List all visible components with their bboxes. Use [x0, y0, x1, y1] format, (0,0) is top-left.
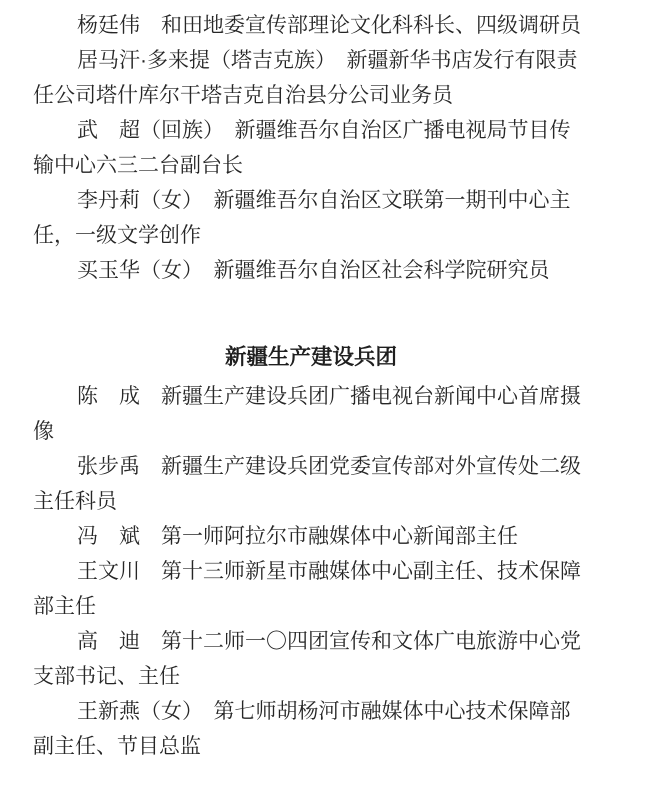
- entry-line: 杨廷伟 和田地委宣传部理论文化科科长、四级调研员: [33, 8, 636, 43]
- entry-paragraph: 冯 斌 第一师阿拉尔市融媒体中心新闻部主任: [33, 519, 636, 554]
- document-page: 杨廷伟 和田地委宣传部理论文化科科长、四级调研员 居马汗·多来提（塔吉克族） 新…: [0, 0, 654, 811]
- entry-paragraph: 居马汗·多来提（塔吉克族） 新疆新华书店发行有限责 任公司塔什库尔干塔吉克自治县…: [33, 43, 636, 113]
- section-heading: 新疆生产建设兵团: [33, 340, 589, 375]
- entry-line: 张步禹 新疆生产建设兵团党委宣传部对外宣传处二级: [33, 449, 636, 484]
- entry-line: 部主任: [33, 589, 636, 624]
- entry-paragraph: 买玉华（女） 新疆维吾尔自治区社会科学院研究员: [33, 253, 636, 288]
- entry-paragraph: 王文川 第十三师新星市融媒体中心副主任、技术保障 部主任: [33, 554, 636, 624]
- entry-line: 任，一级文学创作: [33, 218, 636, 253]
- entry-line: 像: [33, 414, 636, 449]
- entry-paragraph: 张步禹 新疆生产建设兵团党委宣传部对外宣传处二级 主任科员: [33, 449, 636, 519]
- entry-paragraph: 陈 成 新疆生产建设兵团广播电视台新闻中心首席摄 像: [33, 379, 636, 449]
- entry-paragraph: 李丹莉（女） 新疆维吾尔自治区文联第一期刊中心主 任，一级文学创作: [33, 183, 636, 253]
- entry-paragraph: 杨廷伟 和田地委宣传部理论文化科科长、四级调研员: [33, 8, 636, 43]
- entry-line: 武 超（回族） 新疆维吾尔自治区广播电视局节目传: [33, 113, 636, 148]
- entry-line: 李丹莉（女） 新疆维吾尔自治区文联第一期刊中心主: [33, 183, 636, 218]
- entry-line: 陈 成 新疆生产建设兵团广播电视台新闻中心首席摄: [33, 379, 636, 414]
- entry-line: 高 迪 第十二师一〇四团宣传和文体广电旅游中心党: [33, 624, 636, 659]
- entry-line: 主任科员: [33, 484, 636, 519]
- entry-line: 冯 斌 第一师阿拉尔市融媒体中心新闻部主任: [33, 519, 636, 554]
- entry-line: 王新燕（女） 第七师胡杨河市融媒体中心技术保障部: [33, 694, 636, 729]
- entry-line: 居马汗·多来提（塔吉克族） 新疆新华书店发行有限责: [33, 43, 636, 78]
- entry-paragraph: 高 迪 第十二师一〇四团宣传和文体广电旅游中心党 支部书记、主任: [33, 624, 636, 694]
- entry-paragraph: 武 超（回族） 新疆维吾尔自治区广播电视局节目传 输中心六三二台副台长: [33, 113, 636, 183]
- entry-line: 输中心六三二台副台长: [33, 148, 636, 183]
- entry-line: 王文川 第十三师新星市融媒体中心副主任、技术保障: [33, 554, 636, 589]
- entry-line: 支部书记、主任: [33, 659, 636, 694]
- entry-line: 副主任、节目总监: [33, 729, 636, 764]
- entry-line: 任公司塔什库尔干塔吉克自治县分公司业务员: [33, 78, 636, 113]
- entry-paragraph: 王新燕（女） 第七师胡杨河市融媒体中心技术保障部 副主任、节目总监: [33, 694, 636, 764]
- entry-line: 买玉华（女） 新疆维吾尔自治区社会科学院研究员: [33, 253, 636, 288]
